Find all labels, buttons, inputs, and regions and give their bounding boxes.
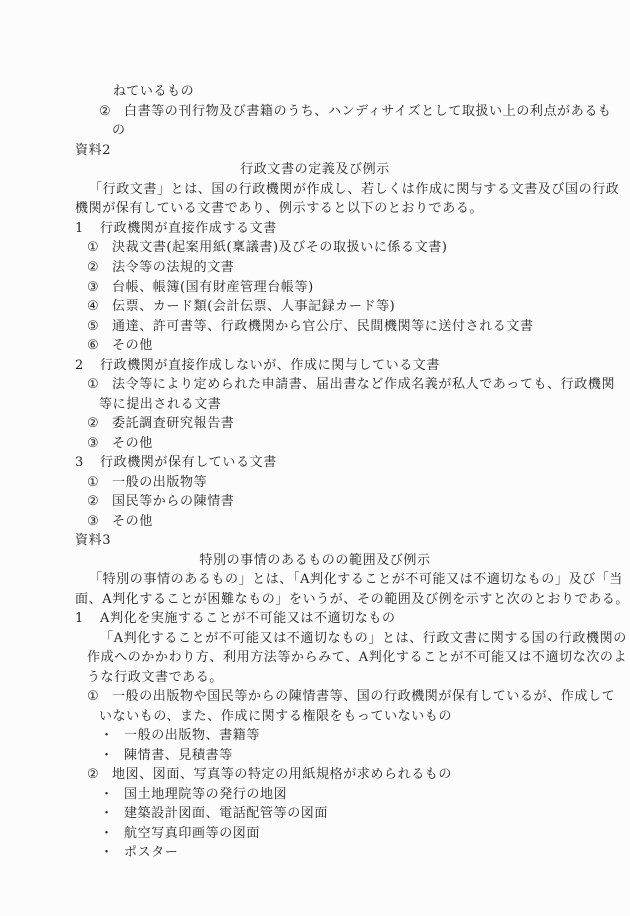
item-marker: ② bbox=[87, 260, 112, 276]
bullet-text: 国土地理院等の発行の地図 bbox=[124, 787, 287, 802]
list-item: ⑤通達、許可書等、行政機関から官公庁、民間機関等に送付される文書 bbox=[87, 319, 534, 335]
item-marker: ① bbox=[87, 475, 112, 491]
bullet-item: ・ポスター bbox=[100, 845, 178, 861]
intro-paragraph-line: 機関が保有している文書であり、例示すると以下のとおりである。 bbox=[75, 201, 483, 217]
section-number: 2 bbox=[75, 358, 100, 374]
item-marker: ⑥ bbox=[87, 338, 112, 354]
item-text: 法令等の法規的文書 bbox=[112, 260, 234, 275]
section-title-shiryo3: 特別の事情のあるものの範囲及び例示 bbox=[0, 553, 630, 569]
item-marker: ① bbox=[87, 689, 112, 705]
intro-paragraph-line: 「行政文書」とは、国の行政機関が作成し、若しくは作成に関与する文書及び国の行政 bbox=[89, 182, 619, 198]
item-marker: ① bbox=[87, 377, 112, 393]
section-label-shiryo2: 資料2 bbox=[75, 143, 111, 159]
item-text: 通達、許可書等、行政機関から官公庁、民間機関等に送付される文書 bbox=[112, 319, 534, 334]
heading-text: 行政機関が直接作成しないが、作成に関与している文書 bbox=[100, 358, 440, 373]
list-item: ①一般の出版物等 bbox=[87, 475, 207, 491]
bullet-text: 航空写真印画等の図面 bbox=[124, 826, 260, 841]
item-text: 地図、図面、写真等の特定の用紙規格が求められるもの bbox=[112, 767, 452, 782]
item-text: 一般の出版物等 bbox=[112, 475, 207, 490]
heading-text: A判化を実施することが不可能又は不適切なもの bbox=[100, 611, 396, 626]
section-label-shiryo3: 資料3 bbox=[75, 533, 111, 549]
bullet-icon: ・ bbox=[100, 845, 124, 861]
list-item: ②国民等からの陳情書 bbox=[87, 494, 234, 510]
item-text: 伝票、カード類(会計伝票、人事記録カード等) bbox=[112, 299, 395, 314]
bullet-text: 陳情書、見積書等 bbox=[124, 748, 233, 763]
item-text: 台帳、帳簿(国有財産管理台帳等) bbox=[112, 280, 314, 295]
document-page: ねているもの ②白書等の刊行物及び書籍のうち、ハンディサイズとして取扱い上の利点… bbox=[0, 0, 630, 916]
item-marker: ④ bbox=[87, 299, 112, 315]
list-item: ②地図、図面、写真等の特定の用紙規格が求められるもの bbox=[87, 767, 452, 783]
section-heading: 3行政機関が保有している文書 bbox=[75, 455, 277, 471]
item-text: 一般の出版物や国民等からの陳情書等、国の行政機関が保有しているが、作成して bbox=[112, 689, 615, 704]
section-heading: 1A判化を実施することが不可能又は不適切なもの bbox=[75, 611, 396, 627]
heading-text: 行政機関が保有している文書 bbox=[100, 455, 277, 470]
item-marker: ② bbox=[99, 104, 124, 120]
bullet-item: ・航空写真印画等の図面 bbox=[100, 826, 260, 842]
section-number: 1 bbox=[75, 221, 100, 237]
item-continuation: の bbox=[112, 123, 126, 139]
list-item: ⑥その他 bbox=[87, 338, 153, 354]
bullet-icon: ・ bbox=[100, 748, 124, 764]
bullet-item: ・一般の出版物、書籍等 bbox=[100, 728, 260, 744]
list-item: ②法令等の法規的文書 bbox=[87, 260, 234, 276]
item-continuation: いないもの、また、作成に関する権限をもっていないもの bbox=[99, 709, 452, 725]
item-marker: ⑤ bbox=[87, 319, 112, 335]
item-text: 白書等の刊行物及び書籍のうち、ハンディサイズとして取扱い上の利点があるも bbox=[124, 104, 612, 119]
bullet-text: 建築設計図面、電話配管等の図面 bbox=[124, 806, 328, 821]
item-text: 委託調査研究報告書 bbox=[112, 416, 234, 431]
section-title-shiryo2: 行政文書の定義及び例示 bbox=[0, 162, 630, 178]
heading-text: 行政機関が直接作成する文書 bbox=[100, 221, 277, 236]
intro-paragraph-line: 面、A判化することが困難なもの」をいうが、その範囲及び例を示すと次のとおりである… bbox=[75, 592, 629, 608]
list-item: ③その他 bbox=[87, 436, 153, 452]
continuation-line: ねているもの bbox=[113, 84, 194, 100]
paragraph-line: 「A判化することが不可能又は不適切なもの」とは、行政文書に関する国の行政機関の bbox=[100, 631, 627, 647]
item-marker: ③ bbox=[87, 436, 112, 452]
item-marker: ② bbox=[87, 494, 112, 510]
bullet-icon: ・ bbox=[100, 728, 124, 744]
list-item: ①決裁文書(起案用紙(稟議書)及びその取扱いに係る文書) bbox=[87, 240, 448, 256]
section-number: 3 bbox=[75, 455, 100, 471]
section-number: 1 bbox=[75, 611, 100, 627]
item-continuation: 等に提出される文書 bbox=[99, 397, 221, 413]
item-marker: ③ bbox=[87, 514, 112, 530]
item-text: 国民等からの陳情書 bbox=[112, 494, 234, 509]
item-text: 法令等により定められた申請書、届出書など作成名義が私人であっても、行政機関 bbox=[112, 377, 615, 392]
bullet-text: ポスター bbox=[124, 845, 178, 860]
bullet-icon: ・ bbox=[100, 787, 124, 803]
item-text: その他 bbox=[112, 338, 153, 353]
list-item: ③その他 bbox=[87, 514, 153, 530]
section-heading: 2行政機関が直接作成しないが、作成に関与している文書 bbox=[75, 358, 440, 374]
bullet-icon: ・ bbox=[100, 826, 124, 842]
list-item: ④伝票、カード類(会計伝票、人事記録カード等) bbox=[87, 299, 395, 315]
paragraph-line: 作成へのかかわり方、利用方法等からみて、A判化することが不可能又は不適切な次のよ bbox=[87, 650, 627, 666]
list-item: ②委託調査研究報告書 bbox=[87, 416, 234, 432]
paragraph-line: うな行政文書である。 bbox=[87, 670, 223, 686]
item-marker: ③ bbox=[87, 280, 112, 296]
bullet-text: 一般の出版物、書籍等 bbox=[124, 728, 260, 743]
list-item: ①法令等により定められた申請書、届出書など作成名義が私人であっても、行政機関 bbox=[87, 377, 615, 393]
bullet-item: ・国土地理院等の発行の地図 bbox=[100, 787, 287, 803]
item-text: その他 bbox=[112, 514, 153, 529]
intro-paragraph-line: 「特別の事情のあるもの」とは、「A判化することが不可能又は不適切なもの」及び「当 bbox=[89, 572, 623, 588]
list-item: ③台帳、帳簿(国有財産管理台帳等) bbox=[87, 280, 314, 296]
bullet-icon: ・ bbox=[100, 806, 124, 822]
bullet-item: ・建築設計図面、電話配管等の図面 bbox=[100, 806, 328, 822]
item-marker: ② bbox=[87, 767, 112, 783]
list-item: ②白書等の刊行物及び書籍のうち、ハンディサイズとして取扱い上の利点があるも bbox=[99, 104, 612, 120]
section-heading: 1行政機関が直接作成する文書 bbox=[75, 221, 277, 237]
item-text: その他 bbox=[112, 436, 153, 451]
item-marker: ② bbox=[87, 416, 112, 432]
bullet-item: ・陳情書、見積書等 bbox=[100, 748, 233, 764]
item-marker: ① bbox=[87, 240, 112, 256]
item-text: 決裁文書(起案用紙(稟議書)及びその取扱いに係る文書) bbox=[112, 240, 448, 255]
list-item: ①一般の出版物や国民等からの陳情書等、国の行政機関が保有しているが、作成して bbox=[87, 689, 615, 705]
